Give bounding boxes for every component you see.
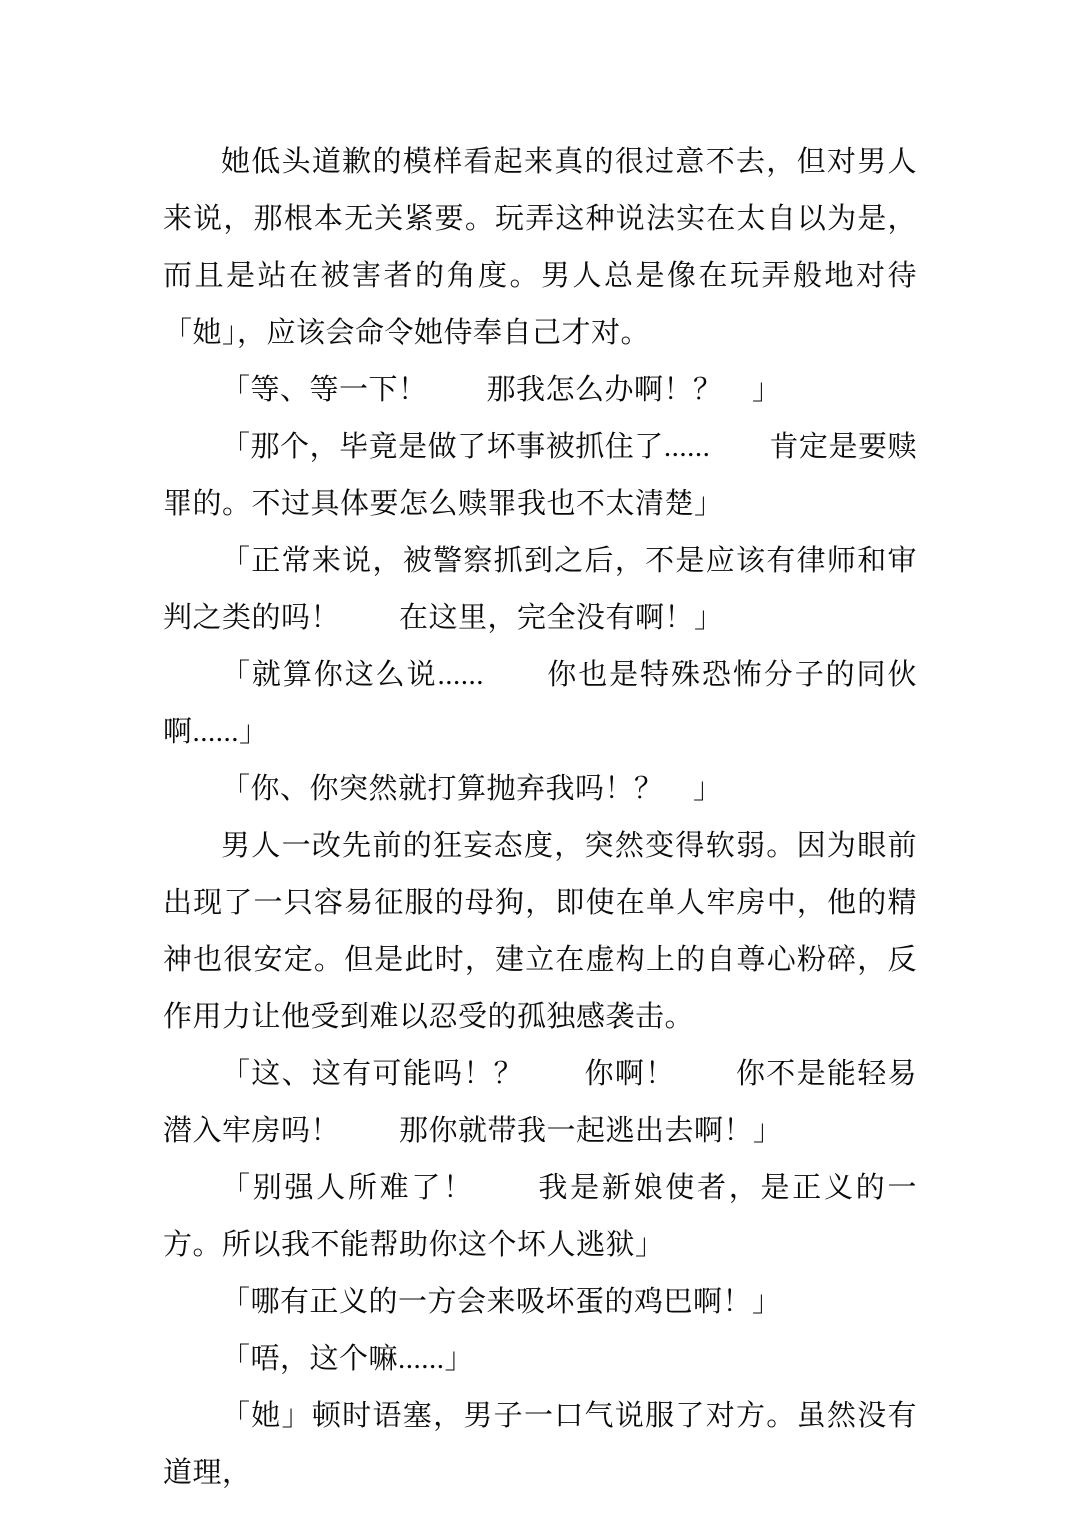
paragraph: 「就算你这么说...... 你也是特殊恐怖分子的同伙啊......」: [163, 647, 917, 761]
paragraph: 「那个，毕竟是做了坏事被抓住了...... 肯定是要赎罪的。不过具体要怎么赎罪我…: [163, 419, 917, 533]
paragraph: 她低头道歉的模样看起来真的很过意不去，但对男人来说，那根本无关紧要。玩弄这种说法…: [163, 134, 917, 362]
paragraph: 「唔，这个嘛......」: [163, 1331, 917, 1388]
paragraph: 「正常来说，被警察抓到之后，不是应该有律师和审判之类的吗！ 在这里，完全没有啊！…: [163, 533, 917, 647]
paragraph: 「等、等一下！ 那我怎么办啊！？ 」: [163, 362, 917, 419]
paragraph: 「你、你突然就打算抛弃我吗！？ 」: [163, 761, 917, 818]
novel-page: 她低头道歉的模样看起来真的很过意不去，但对男人来说，那根本无关紧要。玩弄这种说法…: [0, 0, 1080, 1527]
paragraph: 「这、这有可能吗！？ 你啊！ 你不是能轻易潜入牢房吗！ 那你就带我一起逃出去啊！…: [163, 1046, 917, 1160]
paragraph: 「别强人所难了！ 我是新娘使者，是正义的一方。所以我不能帮助你这个坏人逃狱」: [163, 1160, 917, 1274]
paragraph: 男人一改先前的狂妄态度，突然变得软弱。因为眼前出现了一只容易征服的母狗，即使在单…: [163, 818, 917, 1046]
paragraph: 「她」顿时语塞，男子一口气说服了对方。虽然没有道理，: [163, 1388, 917, 1502]
paragraph: 「哪有正义的一方会来吸坏蛋的鸡巴啊！」: [163, 1274, 917, 1331]
page-text: 她低头道歉的模样看起来真的很过意不去，但对男人来说，那根本无关紧要。玩弄这种说法…: [163, 134, 917, 1502]
